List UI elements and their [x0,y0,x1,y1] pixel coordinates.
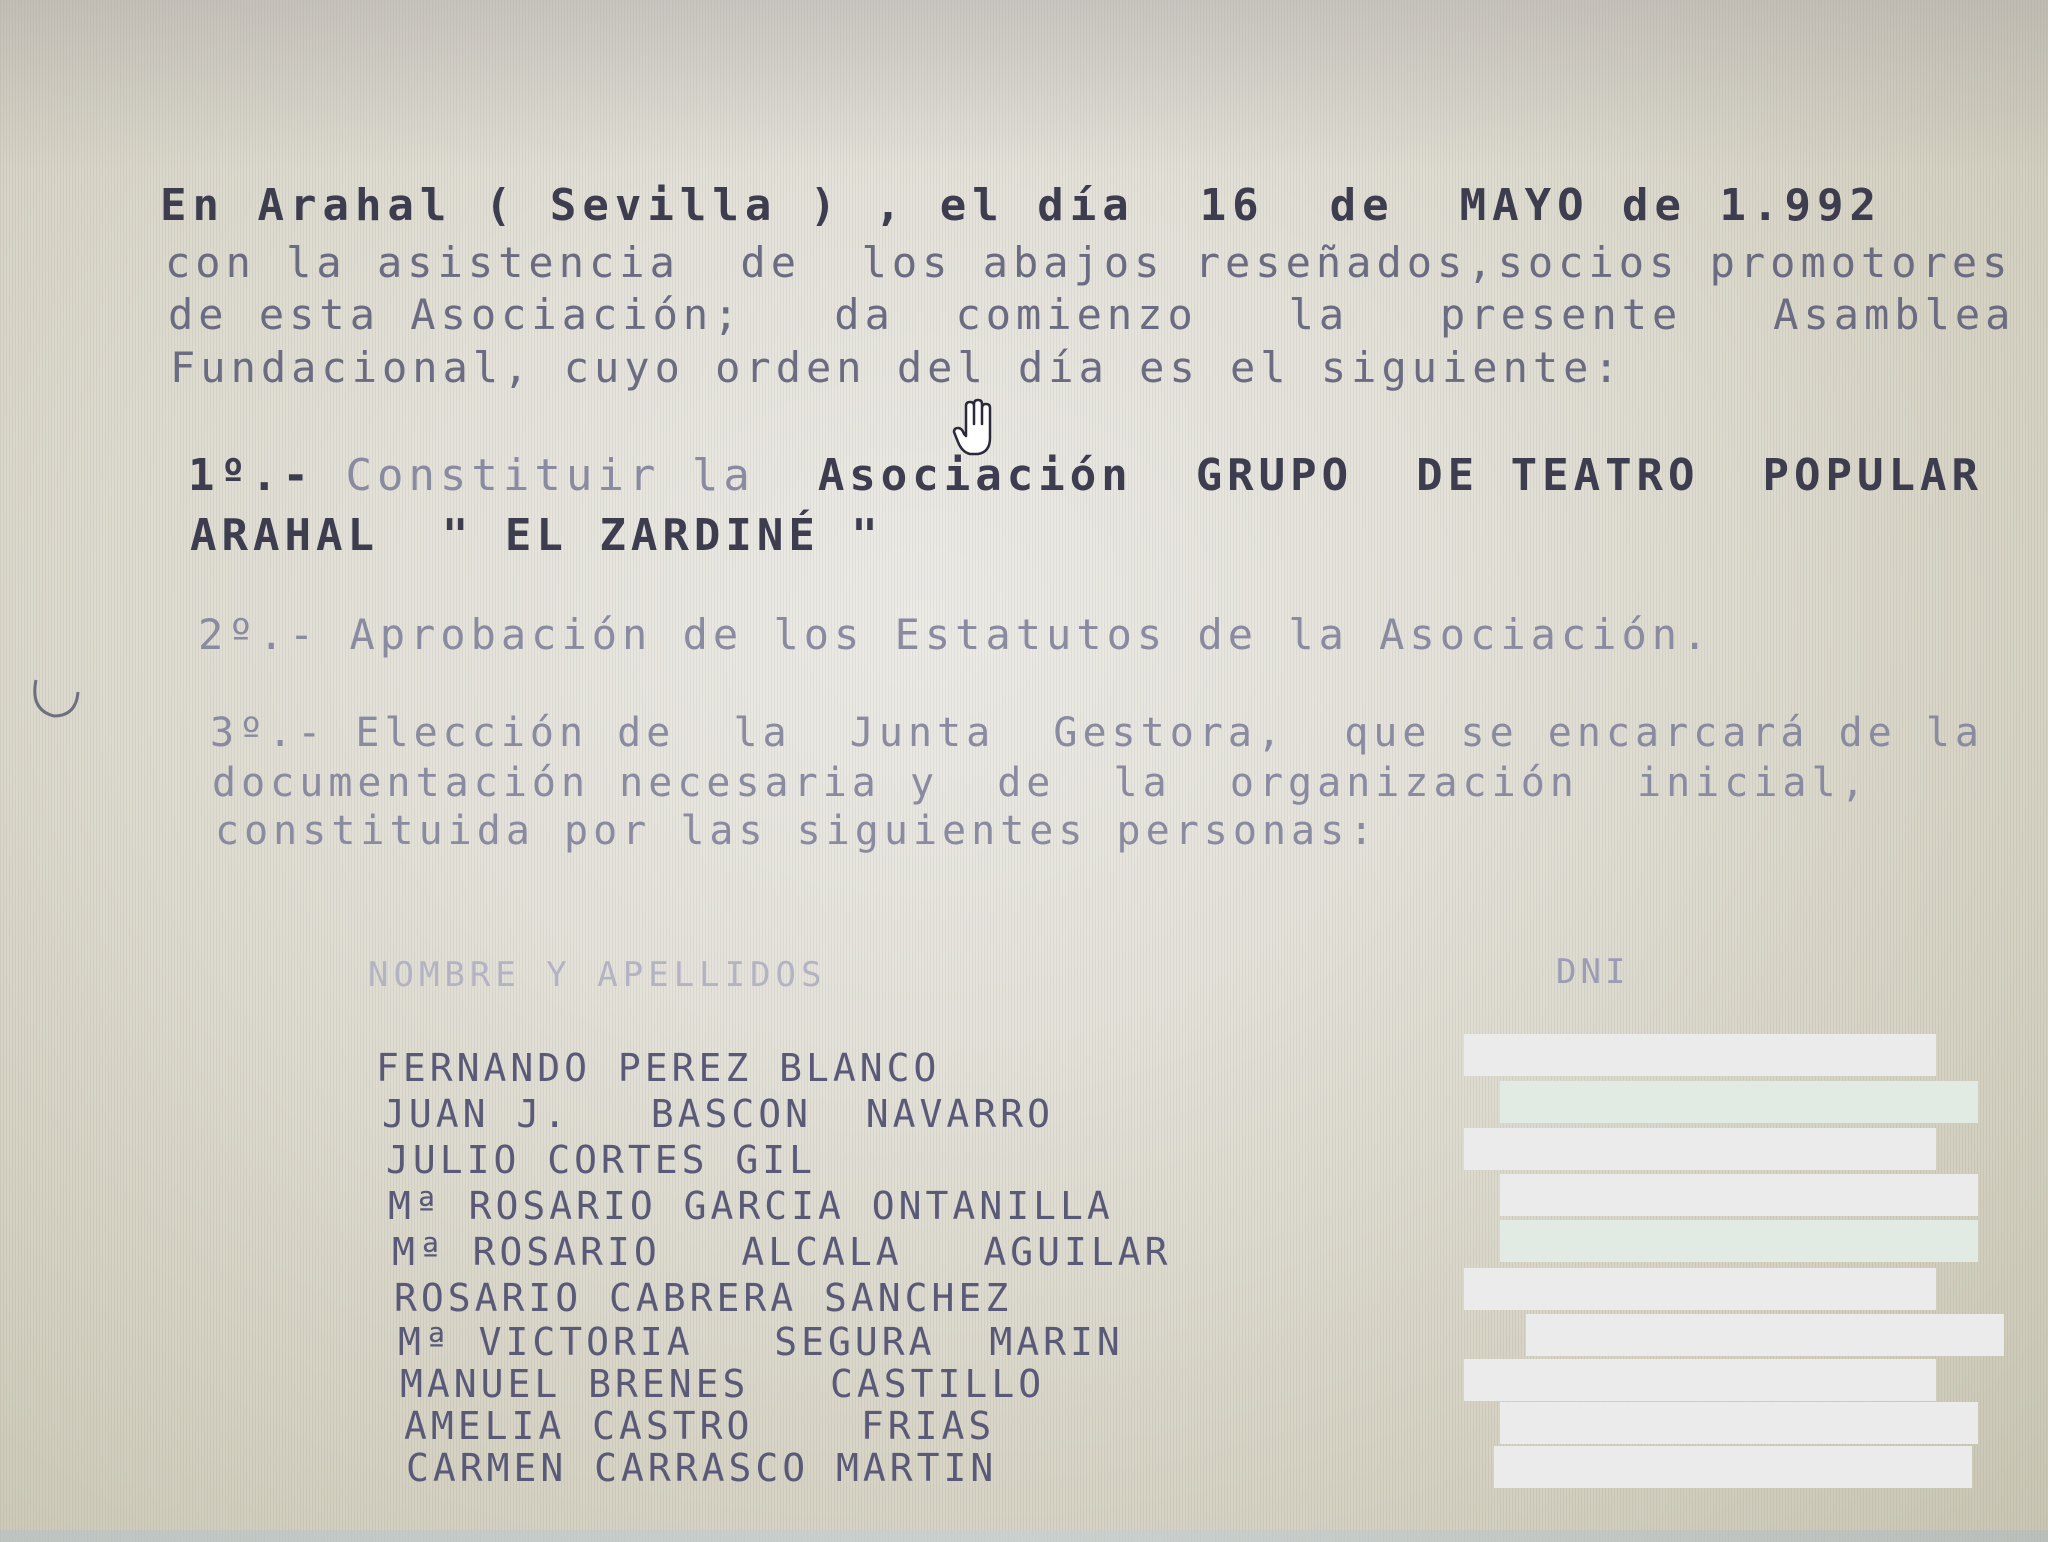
dni-redaction [1464,1128,1936,1170]
screen-glare [0,0,2048,170]
association-name: Asociación GRUPO DE TEATRO POPULAR DE [818,450,2048,501]
dni-redaction [1464,1359,1936,1401]
circle-icon [20,650,90,730]
dni-redaction [1500,1081,1978,1123]
opening-line-1: En Arahal ( Sevilla ) , el día 16 de MAY… [160,180,1882,231]
dni-redaction [1494,1446,1972,1488]
dni-redaction [1500,1174,1978,1216]
dni-redaction [1464,1268,1936,1310]
screen-bezel-edge [0,1530,2048,1542]
agenda-item-2: 2º.- Aprobación de los Estatutos de la A… [198,610,1712,659]
hand-pointer-icon [952,398,998,458]
agenda-item-1-line-2: ARAHAL " EL ZARDINÉ " [190,510,883,561]
dni-redaction [1500,1220,1978,1262]
table-header-name: NOMBRE Y APELLIDOS [368,955,826,995]
dni-redaction [1464,1034,1936,1076]
agenda-item-3-text-1: Elección de la Junta Gestora, que se enc… [326,710,1984,756]
agenda-item-3-line-3: constituida por las siguientes personas: [215,808,1378,854]
opening-line-2: con la asistencia de los abajos reseñado… [165,238,2012,287]
member-name: ROSARIO CABRERA SANCHEZ [394,1276,1012,1320]
agenda-item-3-number: 3º.- [210,710,326,756]
member-name: CARMEN CARRASCO MARTIN [406,1446,997,1490]
opening-line-3: de esta Asociación; da comienzo la prese… [168,290,2015,339]
table-header-dni: DNI [1556,952,1629,992]
member-name: AMELIA CASTRO FRIAS [404,1404,995,1448]
member-name: Mª ROSARIO ALCALA AGUILAR [392,1230,1171,1274]
member-name: Mª VICTORIA SEGURA MARIN [398,1320,1124,1364]
agenda-item-1: 1º.- Constituir la Asociación GRUPO DE T… [188,450,2048,501]
dni-redaction [1526,1314,2004,1356]
member-name: MANUEL BRENES CASTILLO [400,1362,1045,1406]
opening-line-4: Fundacional, cuyo orden del día es el si… [170,343,1624,392]
member-name: FERNANDO PEREZ BLANCO [376,1046,940,1090]
agenda-item-1-number: 1º.- [188,450,314,501]
member-name: JULIO CORTES GIL [386,1138,816,1182]
member-name: JUAN J. BASCON NAVARRO [382,1092,1054,1136]
dni-redaction [1500,1402,1978,1444]
agenda-item-3: 3º.- Elección de la Junta Gestora, que s… [210,710,1984,756]
agenda-item-2-number: 2º.- [198,610,319,659]
agenda-item-1-text-plain: Constituir la [314,450,818,501]
agenda-item-3-line-2: documentación necesaria y de la organiza… [212,760,1870,806]
member-name: Mª ROSARIO GARCIA ONTANILLA [388,1184,1114,1228]
agenda-item-2-text: Aprobación de los Estatutos de la Asocia… [319,610,1712,659]
